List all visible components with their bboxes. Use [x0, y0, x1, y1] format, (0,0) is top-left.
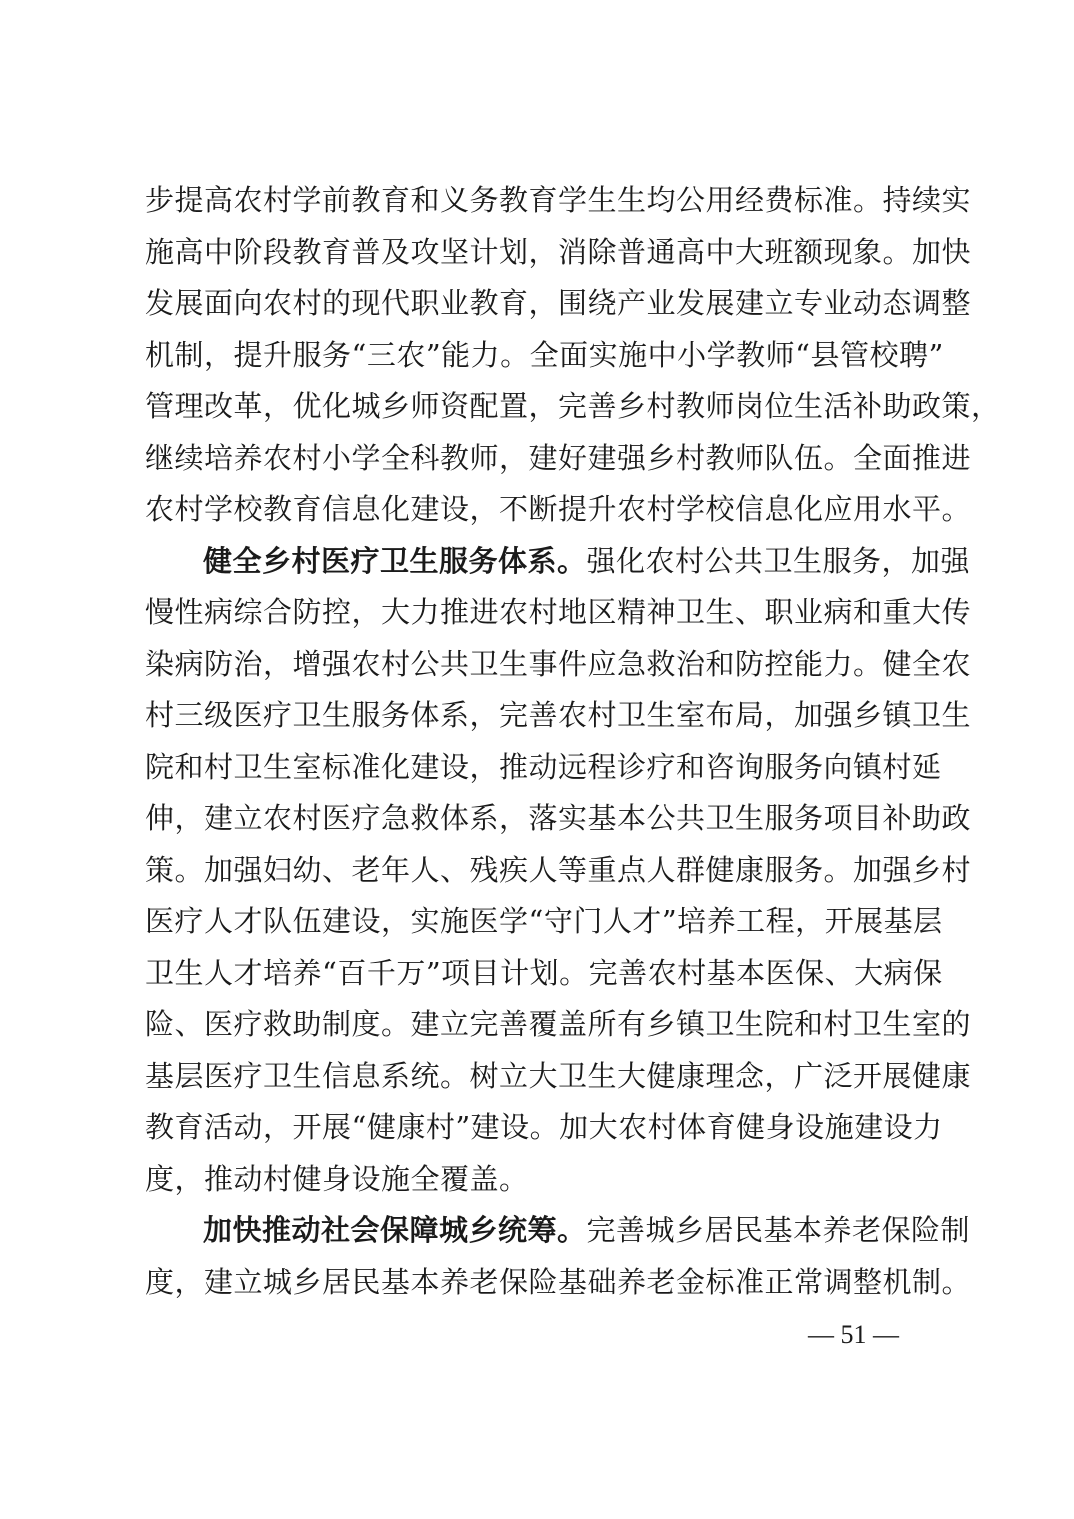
text-line: 策。加强妇幼、老年人、残疾人等重点人群健康服务。加强乡村 [145, 845, 940, 897]
paragraph-start: 健全乡村医疗卫生服务体系。强化农村公共卫生服务，加强 [145, 536, 940, 588]
text-line: 施高中阶段教育普及攻坚计划，消除普通高中大班额现象。加快 [145, 227, 940, 279]
text-line: 步提高农村学前教育和义务教育学生生均公用经费标准。持续实 [145, 175, 940, 227]
page-number: — 51 — [808, 1320, 899, 1350]
document-page: 步提高农村学前教育和义务教育学生生均公用经费标准。持续实 施高中阶段教育普及攻坚… [0, 0, 1074, 1519]
body-text: 步提高农村学前教育和义务教育学生生均公用经费标准。持续实 施高中阶段教育普及攻坚… [145, 175, 940, 1308]
text-line: 继续培养农村小学全科教师，建好建强乡村教师队伍。全面推进 [145, 433, 940, 485]
text-line: 医疗人才队伍建设，实施医学“守门人才”培养工程，开展基层 [145, 896, 940, 948]
text-line: 卫生人才培养“百千万”项目计划。完善农村基本医保、大病保 [145, 948, 940, 1000]
text-line: 发展面向农村的现代职业教育，围绕产业发展建立专业动态调整 [145, 278, 940, 330]
text-run: 完善城乡居民基本养老保险制 [587, 1213, 971, 1247]
text-line: 机制，提升服务“三农”能力。全面实施中小学教师“县管校聘” [145, 330, 940, 382]
text-line: 村三级医疗卫生服务体系，完善农村卫生室布局，加强乡镇卫生 [145, 690, 940, 742]
text-line: 慢性病综合防控，大力推进农村地区精神卫生、职业病和重大传 [145, 587, 940, 639]
section-heading-medical: 健全乡村医疗卫生服务体系。 [203, 544, 587, 578]
text-line: 教育活动，开展“健康村”建设。加大农村体育健身设施建设力 [145, 1102, 940, 1154]
section-heading-social-security: 加快推动社会保障城乡统筹。 [203, 1213, 587, 1247]
text-line: 染病防治，增强农村公共卫生事件应急救治和防控能力。健全农 [145, 639, 940, 691]
text-line: 度，建立城乡居民基本养老保险基础养老金标准正常调整机制。 [145, 1257, 940, 1309]
text-line: 农村学校教育信息化建设，不断提升农村学校信息化应用水平。 [145, 484, 940, 536]
paragraph-start: 加快推动社会保障城乡统筹。完善城乡居民基本养老保险制 [145, 1205, 940, 1257]
text-line: 基层医疗卫生信息系统。树立大卫生大健康理念，广泛开展健康 [145, 1051, 940, 1103]
text-line: 度，推动村健身设施全覆盖。 [145, 1154, 940, 1206]
text-line: 管理改革，优化城乡师资配置，完善乡村教师岗位生活补助政策， [145, 381, 940, 433]
text-line: 险、医疗救助制度。建立完善覆盖所有乡镇卫生院和村卫生室的 [145, 999, 940, 1051]
text-line: 伸，建立农村医疗急救体系，落实基本公共卫生服务项目补助政 [145, 793, 940, 845]
text-run: 强化农村公共卫生服务，加强 [587, 544, 971, 578]
text-line: 院和村卫生室标准化建设，推动远程诊疗和咨询服务向镇村延 [145, 742, 940, 794]
